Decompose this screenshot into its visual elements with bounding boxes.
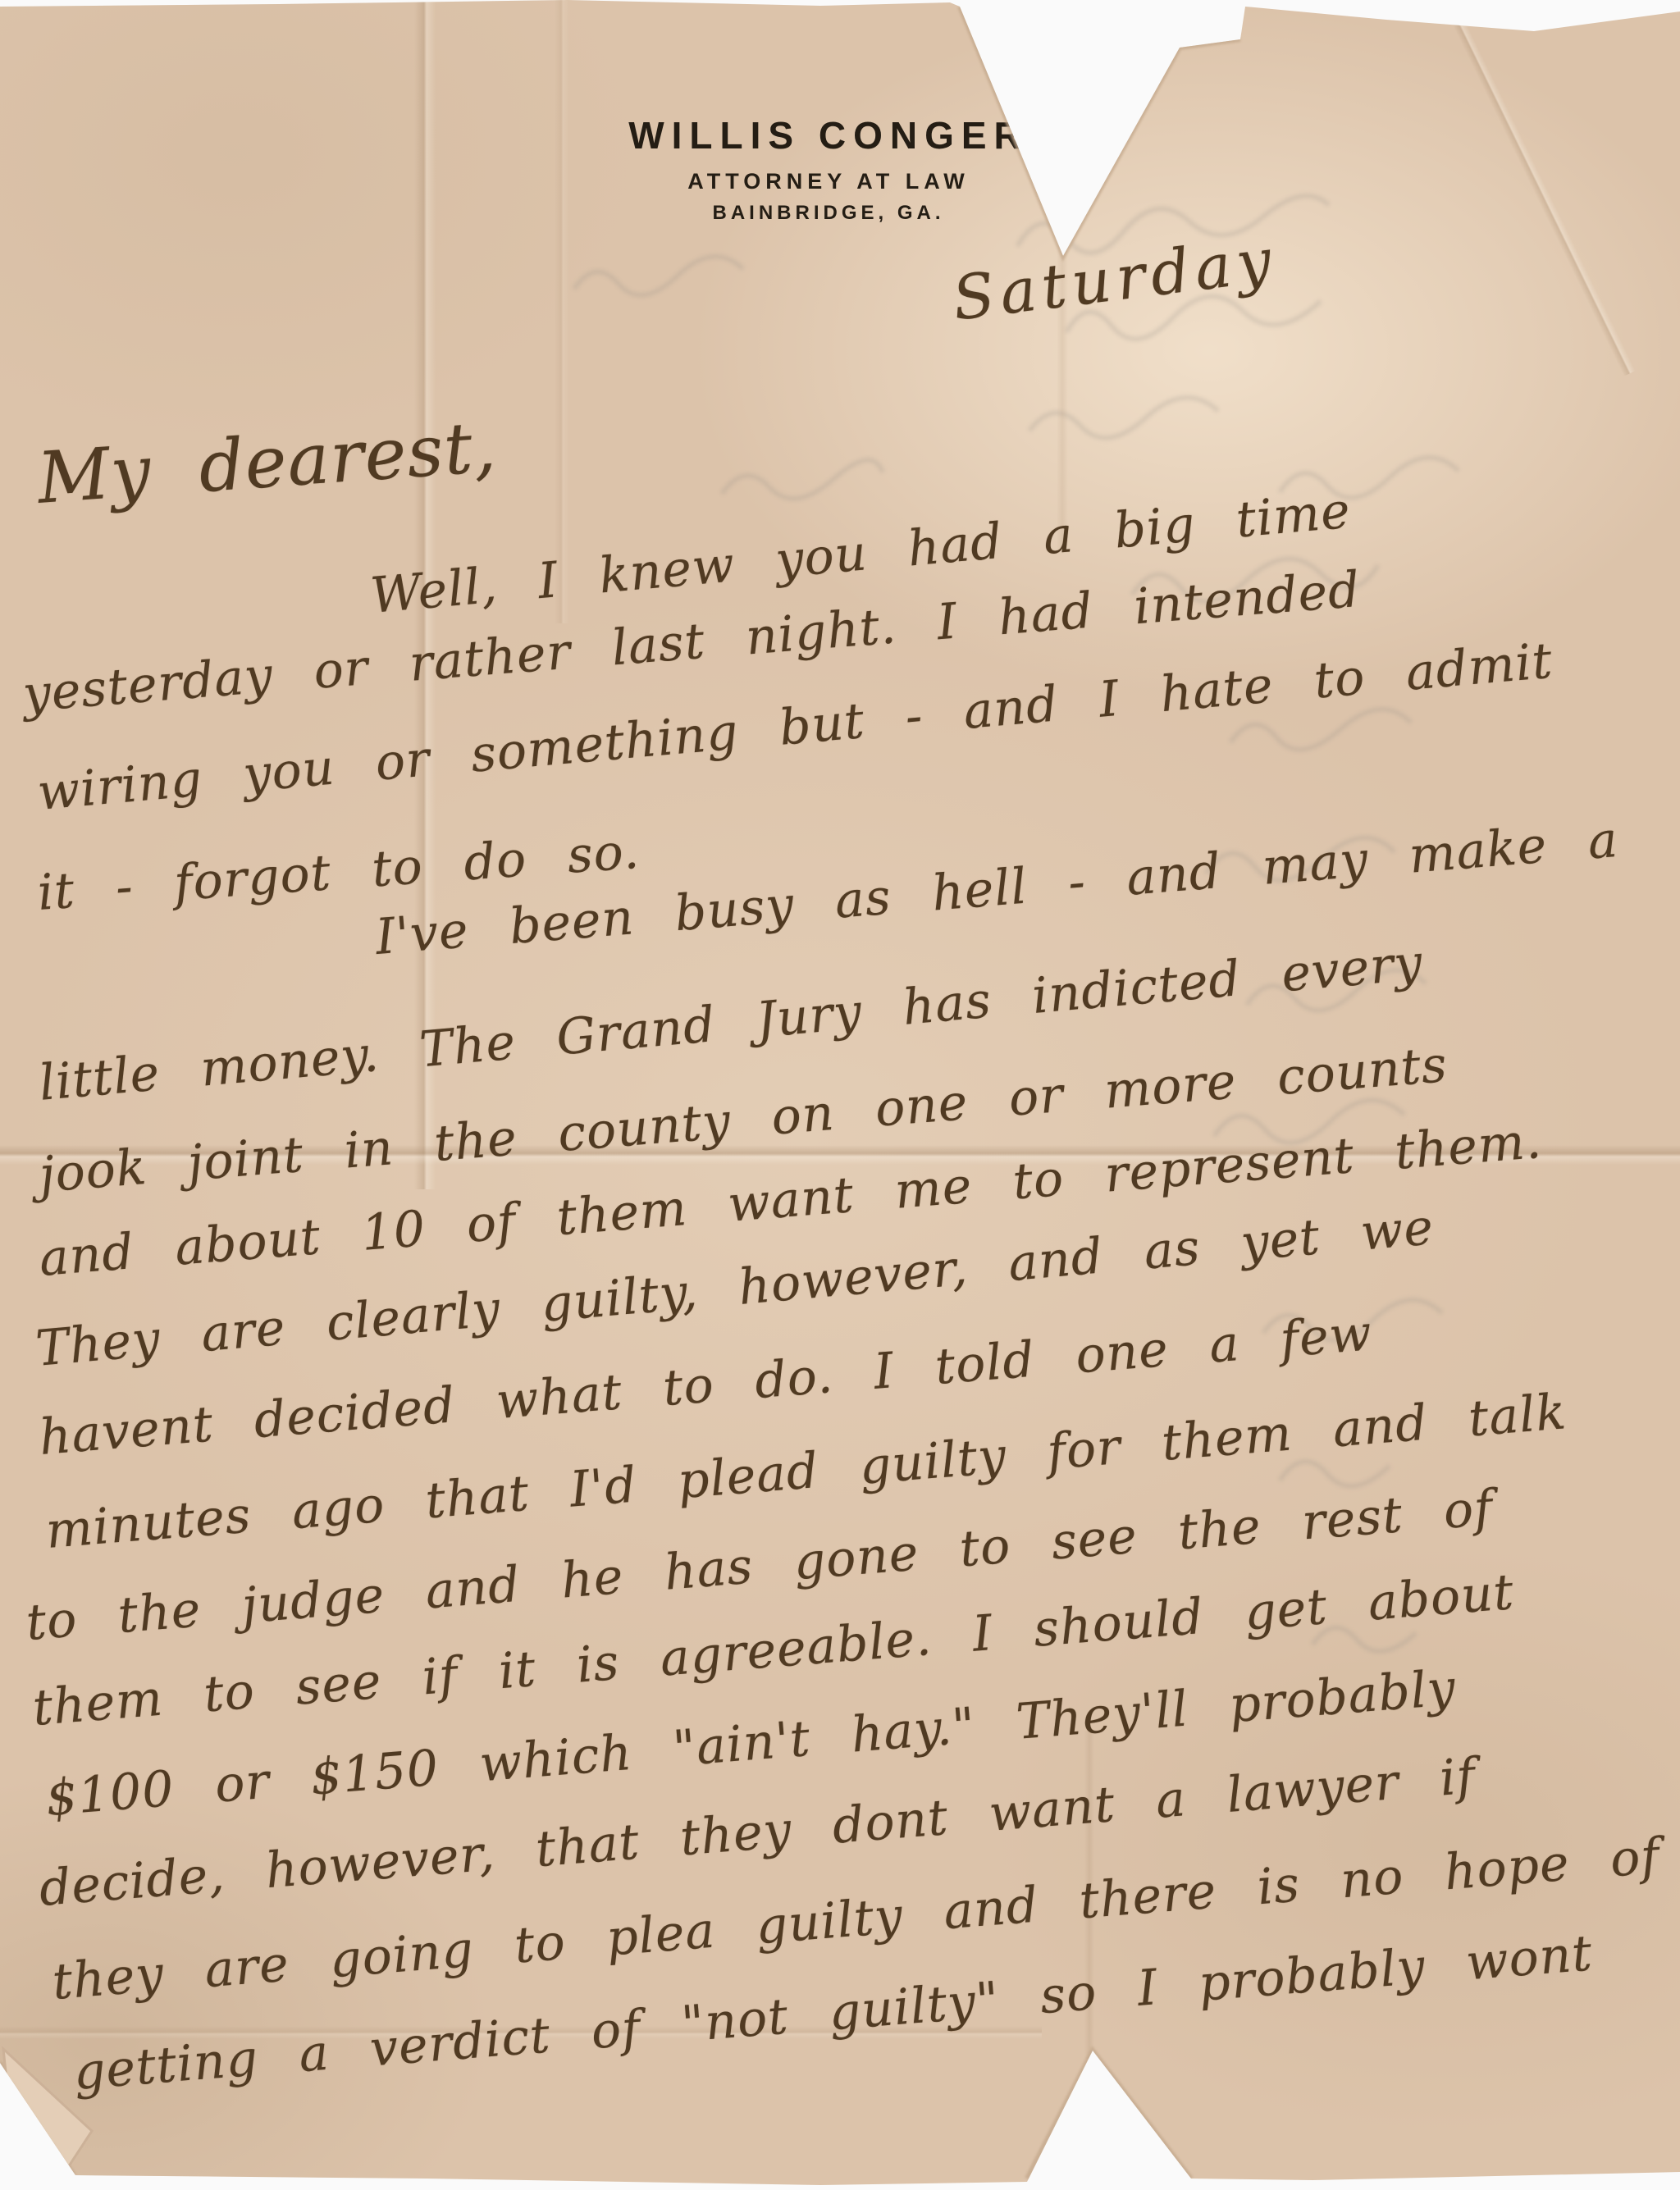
corner-fold-edge: [0, 2063, 74, 2175]
scanner-background: { "document": { "kind": "handwritten let…: [0, 0, 1680, 2190]
letterhead-title: ATTORNEY AT LAW: [336, 169, 1321, 194]
bleed-squiggle: [1230, 709, 1411, 750]
bleed-squiggle: [1029, 398, 1218, 438]
diagonal-crease: [1430, 0, 1636, 376]
vertical-fold-crease: [555, 0, 569, 623]
bleed-squiggle: [722, 460, 883, 499]
bleed-squiggle: [574, 257, 743, 295]
bottom-tear-edge: [1027, 2051, 1191, 2179]
letterhead-city: BAINBRIDGE, GA.: [336, 202, 1321, 225]
letterhead-name: WILLIS CONGER: [336, 113, 1321, 157]
letter-page: WILLIS CONGER ATTORNEY AT LAW BAINBRIDGE…: [0, 0, 1680, 2190]
letterhead: WILLIS CONGER ATTORNEY AT LAW BAINBRIDGE…: [336, 113, 1321, 225]
salutation: My dearest,: [35, 406, 500, 520]
cut-off-ink-stroke: [30, 2139, 47, 2186]
bleed-squiggle: [1280, 1462, 1390, 1486]
date-line: Saturday: [949, 225, 1281, 335]
